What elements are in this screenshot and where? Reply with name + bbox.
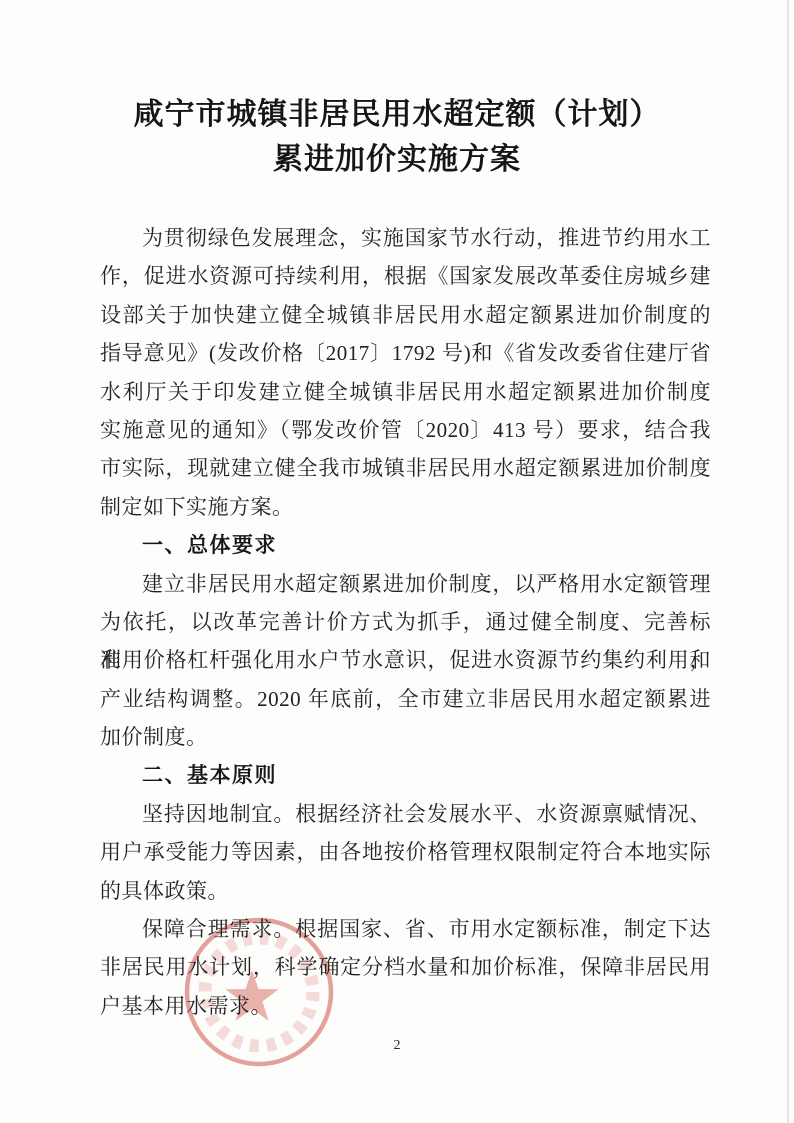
body-line: 实施意见的通知》（鄂发改价管〔2020〕413 号）要求，结合我 — [100, 411, 711, 449]
section-heading-1: 一、总体要求 — [100, 526, 711, 564]
body-line: 为依托，以改革完善计价方式为抓手，通过健全制度、完善标准， — [100, 603, 711, 641]
body-line: 保障合理需求。根据国家、省、市用水定额标准，制定下达 — [100, 910, 711, 948]
body-line: 产业结构调整。2020 年底前，全市建立非居民用水超定额累进 — [100, 680, 711, 718]
body-line: 市实际，现就建立健全我市城镇非居民用水超定额累进加价制度 — [100, 449, 711, 487]
body-line: 设部关于加快建立健全城镇非居民用水超定额累进加价制度的 — [100, 296, 711, 334]
body-line: 用户承受能力等因素，由各地按价格管理权限制定符合本地实际 — [100, 833, 711, 871]
body-line: 利用价格杠杆强化用水户节水意识，促进水资源节约集约利用和 — [100, 641, 711, 679]
section-heading-2: 二、基本原则 — [100, 756, 711, 794]
body-line: 指导意见》(发改价格〔2017〕1792 号)和《省发改委省住建厅省 — [100, 334, 711, 372]
scan-edge-artifact — [787, 0, 789, 1123]
body-line: 作，促进水资源可持续利用，根据《国家发展改革委住房城乡建 — [100, 257, 711, 295]
document-body: 为贯彻绿色发展理念，实施国家节水行动，推进节约用水工 作，促进水资源可持续利用，… — [100, 219, 711, 1025]
body-line: 的具体政策。 — [100, 872, 711, 910]
page-number: 2 — [0, 1038, 794, 1054]
document-title: 咸宁市城镇非居民用水超定额（计划） 累进加价实施方案 — [0, 92, 794, 182]
body-line: 户基本用水需求。 — [100, 987, 711, 1025]
body-line: 加价制度。 — [100, 718, 711, 756]
body-line: 坚持因地制宜。根据经济社会发展水平、水资源禀赋情况、 — [100, 795, 711, 833]
body-line: 非居民用水计划，科学确定分档水量和加价标准，保障非居民用 — [100, 948, 711, 986]
document-page: 咸宁市城镇非居民用水超定额（计划） 累进加价实施方案 为贯彻绿色发展理念，实施国… — [0, 0, 794, 1123]
document-title-line2: 累进加价实施方案 — [0, 137, 794, 182]
document-title-line1: 咸宁市城镇非居民用水超定额（计划） — [0, 92, 794, 137]
body-line: 制定如下实施方案。 — [100, 488, 711, 526]
body-line: 水利厅关于印发建立健全城镇非居民用水超定额累进加价制度 — [100, 373, 711, 411]
body-line: 建立非居民用水超定额累进加价制度，以严格用水定额管理 — [100, 565, 711, 603]
body-line: 为贯彻绿色发展理念，实施国家节水行动，推进节约用水工 — [100, 219, 711, 257]
